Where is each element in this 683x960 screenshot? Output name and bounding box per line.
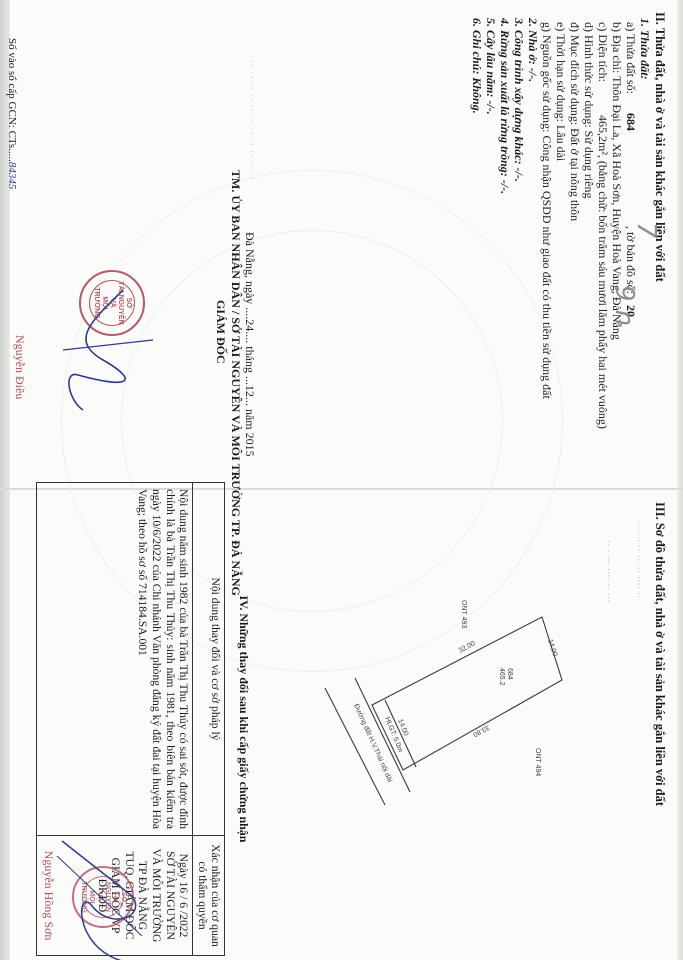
registry-number: Số vào sổ cấp GCN: CTs.....84345	[5, 38, 19, 189]
side-length-label: 14.00	[546, 638, 558, 657]
road-label: Đường đất H.V.Thái nối dài	[352, 702, 395, 784]
parcel-number-label: 684	[506, 668, 513, 680]
confirm-date: Ngày 16 / 6 /2022	[177, 842, 191, 949]
faint-print: ·· ·· ·· ·· ·· ·· ·· ·· ·· ·· ··	[247, 60, 257, 180]
change-content: Nội dung năm sinh 1982 của bà Trần Thị T…	[37, 483, 193, 836]
perennial-trees-item: 5. Cây lâu năm: -/-.	[484, 18, 498, 115]
signature-scribble	[53, 280, 163, 420]
area-row: c) Diện tích: 465,2m², (bằng chữ: bốn tr…	[596, 22, 610, 429]
parcel-diagram: 32.00 33.80 14.00 14.00 HLGT: 5.0m Đường…	[280, 560, 580, 820]
usage-term: e) Thời hạn sử dụng: Lâu dài	[554, 22, 568, 161]
section-4-heading: IV. Những thay đổi sau khi cấp giấy chứn…	[225, 483, 250, 956]
faint-print: ·· · ··· ···· ·· ···	[602, 540, 613, 602]
area-value: 465,2m², (bằng chữ: bốn trăm sáu mươi lă…	[596, 115, 610, 429]
issue-place-date: Đà Nẵng, ngày ....24.... tháng ...12... …	[243, 232, 257, 457]
other-construction-item: 3. Công trình xây dựng khác: -/-.	[512, 18, 526, 182]
area-label: c) Diện tích:	[596, 22, 610, 82]
parcel-subheading: 1. Thửa đất:	[638, 18, 652, 80]
neighbor-label: ONT 494	[534, 748, 541, 776]
section-3-heading: III. Sơ đồ thửa đất, nhà ở và tài sản kh…	[652, 502, 667, 806]
column-header-confirm: Xác nhận của cơ quan có thẩm quyền	[193, 836, 225, 956]
notes-item: 6. Ghi chú: Không.	[470, 18, 484, 114]
changes-table: IV. Những thay đổi sau khi cấp giấy chứn…	[36, 482, 250, 956]
parcel-number-label: a) Thửa đất số:	[624, 22, 638, 94]
confirm-signer: Nguyễn Hồng Sơn	[41, 836, 55, 955]
neighbor-label: ONT 493	[460, 600, 467, 628]
column-header-change: Nội dung thay đổi và cơ sở pháp lý	[193, 483, 225, 836]
parcel-number-row: a) Thửa đất số: 684 , tờ bản đồ số: 20	[624, 22, 638, 317]
signature-scribble	[52, 836, 152, 960]
usage-origin: g) Nguồn gốc sử dụng: Công nhận QSDD như…	[540, 22, 554, 399]
section-2-heading: II. Thửa đất, nhà ở và tài sản khác gắn …	[652, 12, 667, 282]
house-item: 2. Nhà ở: -/-.	[526, 18, 540, 82]
issuer-title: GIÁM ĐỐC	[213, 300, 228, 364]
scan-edge	[677, 0, 683, 960]
confirmation-cell: Ngày 16 / 6 /2022 SỞ TÀI NGUYÊN VÀ MÔI T…	[37, 836, 193, 956]
signer-name: Nguyễn Điều	[12, 335, 27, 399]
registry-value: 84345	[6, 162, 18, 190]
usage-purpose: đ) Mục đích sử dụng: Đất ở tại nông thôn	[568, 22, 582, 221]
usage-form: d) Hình thức sử dụng: Sử dụng riêng	[582, 22, 596, 199]
faint-print: ·· ···· ·· ·· ··· ···· ··	[632, 520, 643, 598]
handwritten-mark: 7	[631, 222, 661, 239]
handwritten-mark: 9 n	[609, 285, 639, 326]
parcel-area-label: 465.2	[498, 668, 505, 686]
production-forest-item: 4. Rừng sản xuất là rừng trồng: -/-.	[498, 18, 512, 194]
registry-label: Số vào sổ cấp GCN: CTs.....	[6, 38, 18, 162]
parcel-number: 684	[624, 113, 638, 131]
